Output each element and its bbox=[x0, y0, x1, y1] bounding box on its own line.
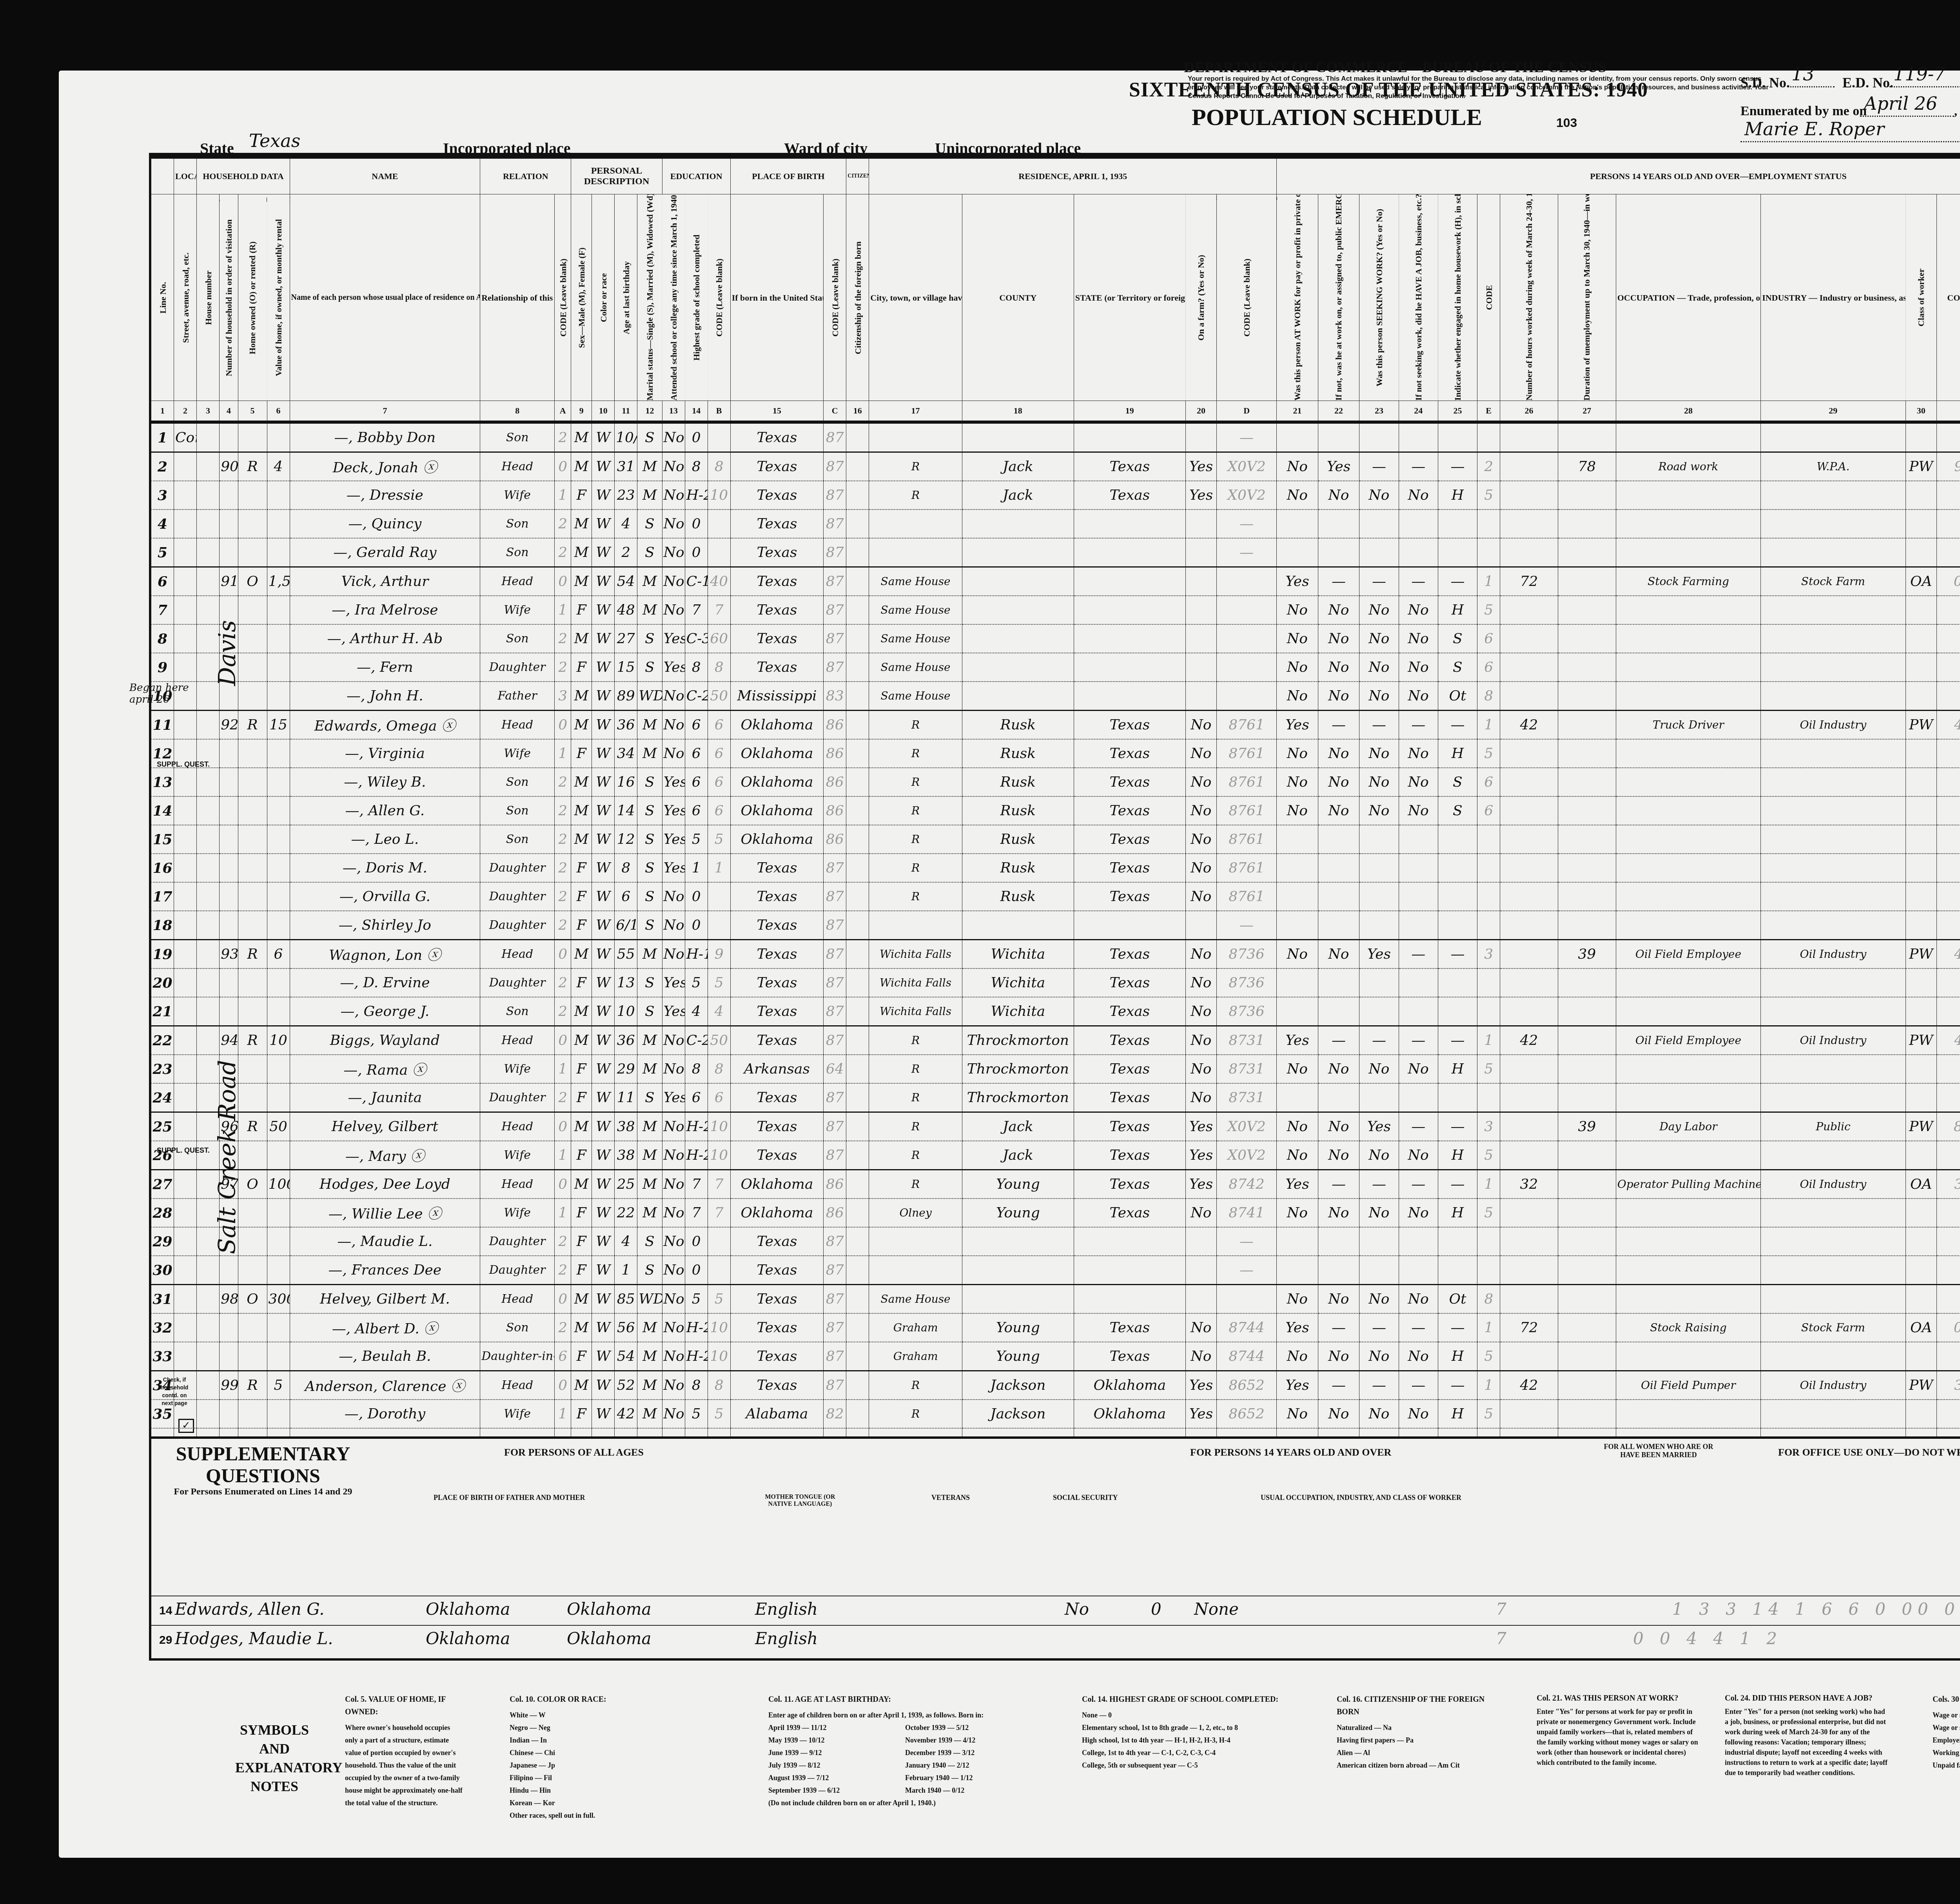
codeE-cell[interactable] bbox=[1477, 538, 1500, 567]
codeB-cell[interactable]: 60 bbox=[708, 624, 730, 653]
street-cell[interactable] bbox=[174, 711, 197, 740]
c23-cell[interactable]: No bbox=[1359, 1342, 1399, 1371]
grade-cell[interactable]: H-2 bbox=[685, 1342, 708, 1371]
codeC-cell[interactable]: 86 bbox=[824, 796, 846, 825]
c25-cell[interactable]: — bbox=[1438, 1112, 1477, 1141]
household-number-cell[interactable]: 93 bbox=[220, 940, 238, 969]
c24-cell[interactable]: — bbox=[1399, 1112, 1438, 1141]
codeA-cell[interactable]: 3 bbox=[555, 682, 571, 711]
marital-cell[interactable]: S bbox=[637, 1256, 662, 1285]
codeA-cell[interactable]: 0 bbox=[555, 711, 571, 740]
res-county-cell[interactable]: Rusk bbox=[962, 796, 1074, 825]
grade-cell[interactable]: H-2 bbox=[685, 1112, 708, 1141]
house-number-cell[interactable] bbox=[197, 538, 220, 567]
c27-cell[interactable] bbox=[1558, 1371, 1616, 1400]
birthplace-cell[interactable]: Texas bbox=[730, 510, 824, 538]
codeC-cell[interactable]: 87 bbox=[824, 940, 846, 969]
sex-cell[interactable]: M bbox=[571, 1285, 592, 1314]
class-cell[interactable] bbox=[1906, 510, 1936, 538]
household-number-cell[interactable] bbox=[220, 1199, 238, 1227]
street-cell[interactable] bbox=[174, 682, 197, 711]
codeE-cell[interactable]: 1 bbox=[1477, 1371, 1500, 1400]
relation-cell[interactable]: Son bbox=[480, 422, 555, 452]
c24-cell[interactable]: — bbox=[1399, 1371, 1438, 1400]
class-cell[interactable]: PW bbox=[1906, 940, 1936, 969]
school-cell[interactable]: No bbox=[662, 1342, 685, 1371]
marital-cell[interactable]: S bbox=[637, 968, 662, 997]
res-city-cell[interactable] bbox=[869, 1256, 962, 1285]
school-cell[interactable]: Yes bbox=[662, 968, 685, 997]
sex-cell[interactable]: M bbox=[571, 1026, 592, 1055]
grade-cell[interactable]: 8 bbox=[685, 1371, 708, 1400]
name-cell[interactable]: Wagnon, Lon ⓧ bbox=[290, 940, 480, 969]
birthplace-cell[interactable]: Texas bbox=[730, 1256, 824, 1285]
tenure-cell[interactable] bbox=[238, 1313, 267, 1342]
grade-cell[interactable]: 0 bbox=[685, 510, 708, 538]
c21-cell[interactable]: No bbox=[1277, 1400, 1318, 1428]
race-cell[interactable]: W bbox=[592, 911, 615, 940]
race-cell[interactable]: W bbox=[592, 1400, 615, 1428]
race-cell[interactable]: W bbox=[592, 1199, 615, 1227]
codeD-cell[interactable] bbox=[1217, 596, 1277, 624]
value-cell[interactable] bbox=[267, 481, 290, 510]
class-cell[interactable]: PW bbox=[1906, 1371, 1936, 1400]
c22-cell[interactable] bbox=[1318, 1256, 1359, 1285]
school-cell[interactable]: No bbox=[662, 1141, 685, 1170]
c21-cell[interactable]: No bbox=[1277, 653, 1318, 682]
c26-cell[interactable] bbox=[1500, 882, 1558, 911]
birthplace-cell[interactable]: Texas bbox=[730, 596, 824, 624]
state-field[interactable]: Texas bbox=[245, 137, 386, 154]
codeF-cell[interactable]: 988 V9 2 bbox=[1936, 452, 1960, 481]
value-cell[interactable] bbox=[267, 882, 290, 911]
res-farm-cell[interactable] bbox=[1185, 682, 1216, 711]
codeB-cell[interactable]: 40 bbox=[708, 567, 730, 596]
industry-cell[interactable]: Public bbox=[1761, 1112, 1906, 1141]
res-county-cell[interactable]: Jack bbox=[962, 1141, 1074, 1170]
marital-cell[interactable]: M bbox=[637, 1112, 662, 1141]
marital-cell[interactable]: M bbox=[637, 452, 662, 481]
tenure-cell[interactable]: R bbox=[238, 711, 267, 740]
household-number-cell[interactable] bbox=[220, 796, 238, 825]
c22-cell[interactable]: No bbox=[1318, 739, 1359, 768]
street-cell[interactable] bbox=[174, 1199, 197, 1227]
codeF-cell[interactable]: 420 V4 1 bbox=[1936, 711, 1960, 740]
race-cell[interactable]: W bbox=[592, 567, 615, 596]
birthplace-cell[interactable]: Texas bbox=[730, 1313, 824, 1342]
res-state-cell[interactable] bbox=[1074, 510, 1185, 538]
marital-cell[interactable]: M bbox=[637, 1371, 662, 1400]
codeF-cell[interactable] bbox=[1936, 1342, 1960, 1371]
relation-cell[interactable]: Head bbox=[480, 1170, 555, 1199]
relation-cell[interactable]: Daughter bbox=[480, 1256, 555, 1285]
house-number-cell[interactable] bbox=[197, 1199, 220, 1227]
industry-cell[interactable]: Oil Industry bbox=[1761, 1371, 1906, 1400]
res-city-cell[interactable]: Same House bbox=[869, 653, 962, 682]
grade-cell[interactable]: 0 bbox=[685, 911, 708, 940]
industry-cell[interactable] bbox=[1761, 968, 1906, 997]
tenure-cell[interactable] bbox=[238, 1199, 267, 1227]
res-state-cell[interactable]: Texas bbox=[1074, 1112, 1185, 1141]
house-number-cell[interactable] bbox=[197, 1285, 220, 1314]
name-cell[interactable]: —, Arthur H. Ab bbox=[290, 624, 480, 653]
c23-cell[interactable] bbox=[1359, 854, 1399, 882]
codeA-cell[interactable]: 6 bbox=[555, 1342, 571, 1371]
industry-cell[interactable] bbox=[1761, 1400, 1906, 1428]
c25-cell[interactable] bbox=[1438, 1083, 1477, 1112]
codeB-cell[interactable]: 6 bbox=[708, 739, 730, 768]
c24-cell[interactable]: — bbox=[1399, 940, 1438, 969]
c21-cell[interactable]: No bbox=[1277, 1055, 1318, 1083]
c27-cell[interactable]: 39 bbox=[1558, 940, 1616, 969]
codeC-cell[interactable]: 87 bbox=[824, 1112, 846, 1141]
c23-cell[interactable]: No bbox=[1359, 796, 1399, 825]
cit-cell[interactable] bbox=[846, 1313, 869, 1342]
tenure-cell[interactable] bbox=[238, 1400, 267, 1428]
age-cell[interactable]: 55 bbox=[615, 940, 637, 969]
value-cell[interactable] bbox=[267, 1227, 290, 1256]
c23-cell[interactable]: — bbox=[1359, 1026, 1399, 1055]
grade-cell[interactable]: 8 bbox=[685, 452, 708, 481]
tenure-cell[interactable]: R bbox=[238, 1026, 267, 1055]
c25-cell[interactable]: — bbox=[1438, 452, 1477, 481]
cit-cell[interactable] bbox=[846, 1170, 869, 1199]
name-cell[interactable]: —, D. Ervine bbox=[290, 968, 480, 997]
class-cell[interactable] bbox=[1906, 739, 1936, 768]
age-cell[interactable]: 12 bbox=[615, 825, 637, 854]
res-city-cell[interactable]: Wichita Falls bbox=[869, 997, 962, 1026]
codeD-cell[interactable]: — bbox=[1217, 1256, 1277, 1285]
cit-cell[interactable] bbox=[846, 567, 869, 596]
res-county-cell[interactable]: Rusk bbox=[962, 711, 1074, 740]
c27-cell[interactable] bbox=[1558, 422, 1616, 452]
value-cell[interactable] bbox=[267, 854, 290, 882]
marital-cell[interactable]: M bbox=[637, 1342, 662, 1371]
res-city-cell[interactable]: R bbox=[869, 1026, 962, 1055]
name-cell[interactable]: —, John H. bbox=[290, 682, 480, 711]
codeC-cell[interactable]: 87 bbox=[824, 1285, 846, 1314]
value-cell[interactable] bbox=[267, 624, 290, 653]
res-state-cell[interactable]: Texas bbox=[1074, 1170, 1185, 1199]
codeC-cell[interactable]: 82 bbox=[824, 1400, 846, 1428]
age-cell[interactable]: 38 bbox=[615, 1112, 637, 1141]
race-cell[interactable]: W bbox=[592, 538, 615, 567]
codeE-cell[interactable]: 5 bbox=[1477, 481, 1500, 510]
relation-cell[interactable]: Head bbox=[480, 567, 555, 596]
race-cell[interactable]: W bbox=[592, 1055, 615, 1083]
codeD-cell[interactable]: 8731 bbox=[1217, 1026, 1277, 1055]
tenure-cell[interactable] bbox=[238, 854, 267, 882]
res-county-cell[interactable] bbox=[962, 653, 1074, 682]
codeC-cell[interactable]: 87 bbox=[824, 567, 846, 596]
codeF-cell[interactable]: 000 VV 4 bbox=[1936, 567, 1960, 596]
codeA-cell[interactable]: 0 bbox=[555, 452, 571, 481]
tenure-cell[interactable] bbox=[238, 596, 267, 624]
codeE-cell[interactable]: 5 bbox=[1477, 1199, 1500, 1227]
birthplace-cell[interactable]: Texas bbox=[730, 911, 824, 940]
house-number-cell[interactable] bbox=[197, 1026, 220, 1055]
c27-cell[interactable] bbox=[1558, 567, 1616, 596]
codeE-cell[interactable]: 3 bbox=[1477, 940, 1500, 969]
house-number-cell[interactable] bbox=[197, 825, 220, 854]
cit-cell[interactable] bbox=[846, 1141, 869, 1170]
codeA-cell[interactable]: 2 bbox=[555, 422, 571, 452]
value-cell[interactable] bbox=[267, 653, 290, 682]
class-cell[interactable] bbox=[1906, 538, 1936, 567]
codeA-cell[interactable]: 0 bbox=[555, 1371, 571, 1400]
cit-cell[interactable] bbox=[846, 682, 869, 711]
tenure-cell[interactable]: R bbox=[238, 1371, 267, 1400]
name-cell[interactable]: —, Albert D. ⓧ bbox=[290, 1313, 480, 1342]
house-number-cell[interactable] bbox=[197, 510, 220, 538]
occupation-cell[interactable] bbox=[1616, 968, 1760, 997]
sex-cell[interactable]: M bbox=[571, 768, 592, 796]
codeB-cell[interactable]: 9 bbox=[708, 940, 730, 969]
grade-cell[interactable]: 0 bbox=[685, 1256, 708, 1285]
grade-cell[interactable]: 6 bbox=[685, 796, 708, 825]
c23-cell[interactable]: — bbox=[1359, 1313, 1399, 1342]
relation-cell[interactable]: Son bbox=[480, 538, 555, 567]
class-cell[interactable] bbox=[1906, 596, 1936, 624]
school-cell[interactable]: Yes bbox=[662, 796, 685, 825]
race-cell[interactable]: W bbox=[592, 510, 615, 538]
occupation-cell[interactable] bbox=[1616, 1400, 1760, 1428]
race-cell[interactable]: W bbox=[592, 1285, 615, 1314]
marital-cell[interactable]: M bbox=[637, 1055, 662, 1083]
class-cell[interactable] bbox=[1906, 1141, 1936, 1170]
school-cell[interactable]: Yes bbox=[662, 997, 685, 1026]
cit-cell[interactable] bbox=[846, 854, 869, 882]
codeD-cell[interactable]: 8744 bbox=[1217, 1313, 1277, 1342]
codeC-cell[interactable]: 86 bbox=[824, 1170, 846, 1199]
household-number-cell[interactable] bbox=[220, 481, 238, 510]
race-cell[interactable]: W bbox=[592, 882, 615, 911]
house-number-cell[interactable] bbox=[197, 911, 220, 940]
c24-cell[interactable]: No bbox=[1399, 796, 1438, 825]
res-county-cell[interactable] bbox=[962, 1256, 1074, 1285]
age-cell[interactable]: 89 bbox=[615, 682, 637, 711]
c21-cell[interactable]: Yes bbox=[1277, 567, 1318, 596]
codeD-cell[interactable]: X0V2 bbox=[1217, 481, 1277, 510]
res-city-cell[interactable]: R bbox=[869, 1141, 962, 1170]
industry-cell[interactable] bbox=[1761, 1256, 1906, 1285]
race-cell[interactable]: W bbox=[592, 1141, 615, 1170]
codeF-cell[interactable] bbox=[1936, 624, 1960, 653]
tenure-cell[interactable]: O bbox=[238, 567, 267, 596]
c25-cell[interactable]: Ot bbox=[1438, 1285, 1477, 1314]
codeF-cell[interactable] bbox=[1936, 796, 1960, 825]
codeD-cell[interactable]: 8736 bbox=[1217, 968, 1277, 997]
value-cell[interactable]: 1,570 bbox=[267, 567, 290, 596]
relation-cell[interactable]: Wife bbox=[480, 596, 555, 624]
age-cell[interactable]: 14 bbox=[615, 796, 637, 825]
cit-cell[interactable] bbox=[846, 1026, 869, 1055]
cit-cell[interactable] bbox=[846, 796, 869, 825]
c24-cell[interactable] bbox=[1399, 968, 1438, 997]
res-county-cell[interactable]: Young bbox=[962, 1199, 1074, 1227]
res-farm-cell[interactable]: No bbox=[1185, 1313, 1216, 1342]
codeB-cell[interactable]: 7 bbox=[708, 1170, 730, 1199]
res-state-cell[interactable] bbox=[1074, 1256, 1185, 1285]
marital-cell[interactable]: S bbox=[637, 911, 662, 940]
street-cell[interactable] bbox=[174, 624, 197, 653]
school-cell[interactable]: No bbox=[662, 940, 685, 969]
name-cell[interactable]: Biggs, Wayland bbox=[290, 1026, 480, 1055]
codeA-cell[interactable]: 2 bbox=[555, 911, 571, 940]
codeD-cell[interactable]: X0V2 bbox=[1217, 1112, 1277, 1141]
c24-cell[interactable]: — bbox=[1399, 1026, 1438, 1055]
codeE-cell[interactable] bbox=[1477, 911, 1500, 940]
res-city-cell[interactable] bbox=[869, 911, 962, 940]
industry-cell[interactable]: Oil Industry bbox=[1761, 711, 1906, 740]
marital-cell[interactable]: S bbox=[637, 510, 662, 538]
school-cell[interactable]: No bbox=[662, 739, 685, 768]
household-number-cell[interactable]: 90 bbox=[220, 452, 238, 481]
codeC-cell[interactable]: 64 bbox=[824, 1055, 846, 1083]
class-cell[interactable] bbox=[1906, 911, 1936, 940]
cit-cell[interactable] bbox=[846, 825, 869, 854]
c25-cell[interactable]: — bbox=[1438, 1371, 1477, 1400]
tenure-cell[interactable]: R bbox=[238, 1112, 267, 1141]
c22-cell[interactable]: No bbox=[1318, 940, 1359, 969]
school-cell[interactable]: Yes bbox=[662, 653, 685, 682]
codeC-cell[interactable]: 87 bbox=[824, 1256, 846, 1285]
c26-cell[interactable] bbox=[1500, 1141, 1558, 1170]
codeA-cell[interactable]: 2 bbox=[555, 854, 571, 882]
codeE-cell[interactable]: 6 bbox=[1477, 653, 1500, 682]
marital-cell[interactable]: WD bbox=[637, 682, 662, 711]
c22-cell[interactable] bbox=[1318, 422, 1359, 452]
industry-cell[interactable] bbox=[1761, 422, 1906, 452]
name-cell[interactable]: Anderson, Clarence ⓧ bbox=[290, 1371, 480, 1400]
res-state-cell[interactable]: Oklahoma bbox=[1074, 1371, 1185, 1400]
c24-cell[interactable]: No bbox=[1399, 768, 1438, 796]
codeB-cell[interactable]: 8 bbox=[708, 452, 730, 481]
age-cell[interactable]: 38 bbox=[615, 1141, 637, 1170]
res-farm-cell[interactable] bbox=[1185, 510, 1216, 538]
c26-cell[interactable] bbox=[1500, 1342, 1558, 1371]
grade-cell[interactable]: 6 bbox=[685, 1083, 708, 1112]
industry-cell[interactable] bbox=[1761, 1141, 1906, 1170]
res-city-cell[interactable]: R bbox=[869, 1083, 962, 1112]
codeD-cell[interactable]: — bbox=[1217, 510, 1277, 538]
household-number-cell[interactable] bbox=[220, 997, 238, 1026]
c23-cell[interactable]: No bbox=[1359, 1055, 1399, 1083]
street-cell[interactable] bbox=[174, 1026, 197, 1055]
c26-cell[interactable] bbox=[1500, 538, 1558, 567]
codeE-cell[interactable]: 1 bbox=[1477, 1313, 1500, 1342]
tenure-cell[interactable] bbox=[238, 682, 267, 711]
c22-cell[interactable]: — bbox=[1318, 1026, 1359, 1055]
street-cell[interactable] bbox=[174, 1112, 197, 1141]
res-farm-cell[interactable]: Yes bbox=[1185, 481, 1216, 510]
race-cell[interactable]: W bbox=[592, 596, 615, 624]
codeA-cell[interactable]: 0 bbox=[555, 1285, 571, 1314]
occupation-cell[interactable] bbox=[1616, 653, 1760, 682]
c23-cell[interactable]: No bbox=[1359, 768, 1399, 796]
codeE-cell[interactable]: 5 bbox=[1477, 739, 1500, 768]
c22-cell[interactable] bbox=[1318, 538, 1359, 567]
birthplace-cell[interactable]: Mississippi bbox=[730, 682, 824, 711]
street-cell[interactable] bbox=[174, 1371, 197, 1400]
codeA-cell[interactable]: 1 bbox=[555, 1199, 571, 1227]
codeB-cell[interactable]: 4 bbox=[708, 997, 730, 1026]
street-cell[interactable] bbox=[174, 596, 197, 624]
name-cell[interactable]: Vick, Arthur bbox=[290, 567, 480, 596]
codeA-cell[interactable]: 1 bbox=[555, 596, 571, 624]
tenure-cell[interactable] bbox=[238, 624, 267, 653]
codeE-cell[interactable] bbox=[1477, 1083, 1500, 1112]
c25-cell[interactable] bbox=[1438, 854, 1477, 882]
res-farm-cell[interactable]: No bbox=[1185, 997, 1216, 1026]
tenure-cell[interactable]: R bbox=[238, 940, 267, 969]
c27-cell[interactable] bbox=[1558, 596, 1616, 624]
res-state-cell[interactable]: Oklahoma bbox=[1074, 1400, 1185, 1428]
occupation-cell[interactable]: Operator Pulling Machine bbox=[1616, 1170, 1760, 1199]
c21-cell[interactable]: No bbox=[1277, 481, 1318, 510]
age-cell[interactable]: 10/12 bbox=[615, 422, 637, 452]
street-cell[interactable] bbox=[174, 1083, 197, 1112]
c22-cell[interactable]: No bbox=[1318, 624, 1359, 653]
tenure-cell[interactable] bbox=[238, 538, 267, 567]
cit-cell[interactable] bbox=[846, 768, 869, 796]
res-county-cell[interactable]: Rusk bbox=[962, 825, 1074, 854]
school-cell[interactable]: No bbox=[662, 1170, 685, 1199]
codeA-cell[interactable]: 0 bbox=[555, 940, 571, 969]
value-cell[interactable] bbox=[267, 825, 290, 854]
c21-cell[interactable]: No bbox=[1277, 739, 1318, 768]
c25-cell[interactable]: Ot bbox=[1438, 682, 1477, 711]
codeC-cell[interactable]: 87 bbox=[824, 481, 846, 510]
race-cell[interactable]: W bbox=[592, 796, 615, 825]
res-city-cell[interactable]: R bbox=[869, 854, 962, 882]
class-cell[interactable]: PW bbox=[1906, 452, 1936, 481]
codeC-cell[interactable]: 87 bbox=[824, 882, 846, 911]
school-cell[interactable]: Yes bbox=[662, 854, 685, 882]
cit-cell[interactable] bbox=[846, 1342, 869, 1371]
res-state-cell[interactable]: Texas bbox=[1074, 1083, 1185, 1112]
res-farm-cell[interactable]: No bbox=[1185, 796, 1216, 825]
c26-cell[interactable] bbox=[1500, 739, 1558, 768]
codeA-cell[interactable]: 1 bbox=[555, 739, 571, 768]
c25-cell[interactable]: — bbox=[1438, 1026, 1477, 1055]
value-cell[interactable]: 10 bbox=[267, 1026, 290, 1055]
occupation-cell[interactable]: Stock Farming bbox=[1616, 567, 1760, 596]
c22-cell[interactable] bbox=[1318, 825, 1359, 854]
codeE-cell[interactable]: 1 bbox=[1477, 1026, 1500, 1055]
c27-cell[interactable] bbox=[1558, 1170, 1616, 1199]
grade-cell[interactable]: 0 bbox=[685, 1227, 708, 1256]
c23-cell[interactable]: — bbox=[1359, 567, 1399, 596]
class-cell[interactable] bbox=[1906, 624, 1936, 653]
codeA-cell[interactable]: 1 bbox=[555, 1055, 571, 1083]
value-cell[interactable] bbox=[267, 1342, 290, 1371]
res-farm-cell[interactable] bbox=[1185, 624, 1216, 653]
occupation-cell[interactable]: Stock Raising bbox=[1616, 1313, 1760, 1342]
c27-cell[interactable] bbox=[1558, 538, 1616, 567]
sex-cell[interactable]: M bbox=[571, 825, 592, 854]
industry-cell[interactable] bbox=[1761, 596, 1906, 624]
codeA-cell[interactable]: 2 bbox=[555, 1256, 571, 1285]
res-state-cell[interactable]: Texas bbox=[1074, 854, 1185, 882]
res-county-cell[interactable] bbox=[962, 911, 1074, 940]
industry-cell[interactable] bbox=[1761, 768, 1906, 796]
tenure-cell[interactable] bbox=[238, 768, 267, 796]
grade-cell[interactable]: 6 bbox=[685, 739, 708, 768]
c21-cell[interactable] bbox=[1277, 968, 1318, 997]
street-cell[interactable] bbox=[174, 1285, 197, 1314]
c23-cell[interactable] bbox=[1359, 911, 1399, 940]
